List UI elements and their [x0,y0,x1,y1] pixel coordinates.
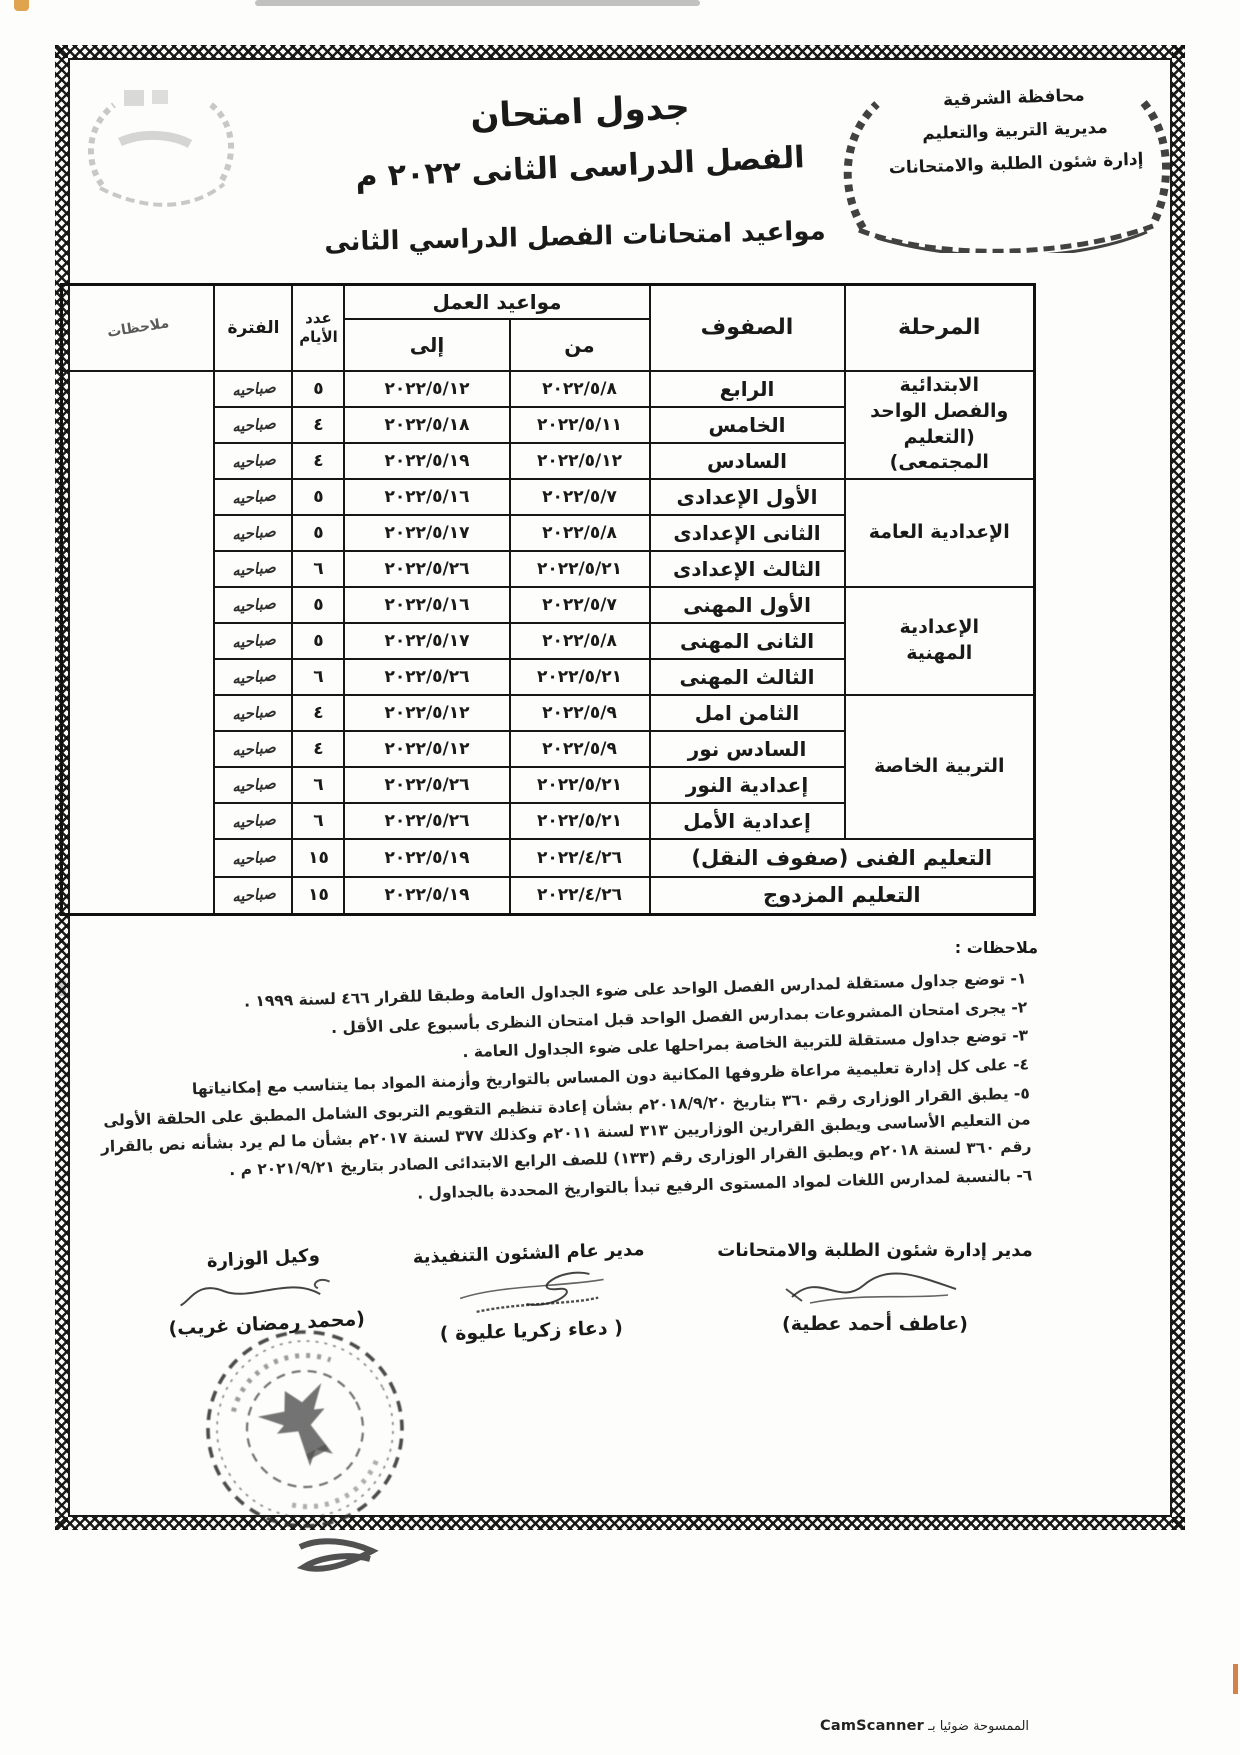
days-count-cell: ٦ [292,551,344,587]
period-cell: صباحيه [214,371,292,407]
date-from-cell: ٢٠٢٢/٥/١١ [510,407,650,443]
period-value: صباحيه [231,738,276,760]
days-count-cell: ٥ [292,587,344,623]
date-from-value: ٢٠٢٢/٤/٢٦ [537,848,622,868]
date-to-value: ٢٠٢٢/٥/١٩ [384,451,469,471]
header-notes: ملاحظات [61,285,214,371]
stage-cell: الإعدادية العامة [845,479,1035,587]
date-to-value: ٢٠٢٢/٥/١٧ [384,631,469,651]
grade-cell: الخامس [650,407,845,443]
period-cell: صباحيه [214,443,292,479]
header-period: الفترة [214,285,292,371]
period-value: صباحيه [231,884,276,906]
date-to-cell: ٢٠٢٢/٥/١٦ [344,587,509,623]
period-cell: صباحيه [214,803,292,839]
notes-column-cell [61,371,214,915]
signature-name: (عاطف أحمد عطية) [700,1313,1050,1335]
frame-border-top [55,45,1185,58]
faded-wreath-stamp-icon [72,80,252,220]
grade-cell: الأول الإعدادى [650,479,845,515]
period-value: صباحيه [231,522,276,544]
date-to-cell: ٢٠٢٢/٥/١٨ [344,407,509,443]
header-work-dates: مواعيد العمل [344,285,649,319]
period-value: صباحيه [231,810,276,832]
notes-list: ١- توضع جداول مستقلة لمدارس الفصل الواحد… [78,965,1046,1219]
date-to-cell: ٢٠٢٢/٥/١٩ [344,443,509,479]
stamp-ink-mark [290,1533,385,1581]
table-body: الابتدائية والفصل الواحد (التعليم المجتم… [61,371,1034,915]
grade-cell: السادس نور [650,731,845,767]
date-to-cell: ٢٠٢٢/٥/١٢ [344,371,509,407]
date-from-value: ٢٠٢٢/٥/٢١ [537,667,622,687]
date-from-cell: ٢٠٢٢/٥/٨ [510,623,650,659]
date-from-value: ٢٠٢٢/٥/٧ [542,595,617,615]
signature-block-general-director: مدير عام الشئون التنفيذية ( دعاء زكريا ع… [378,1238,681,1347]
header-grades: الصفوف [650,285,845,371]
scanned-by-text: الممسوحة ضوئيا بـ [928,1719,1029,1734]
exam-table-wrap: المرحلةالصفوفمواعيد العملعدد الأيامالفتر… [63,283,1036,916]
days-count-cell: ١٥ [292,839,344,877]
days-count-cell: ٦ [292,767,344,803]
scan-smudge [255,0,700,6]
notes-label: ملاحظات : [63,938,1038,957]
table-head: المرحلةالصفوفمواعيد العملعدد الأيامالفتر… [61,285,1034,371]
stage-cell: التربية الخاصة [845,695,1035,839]
camscanner-brand: CamScanner [820,1718,924,1734]
table-row: الابتدائية والفصل الواحد (التعليم المجتم… [61,371,1034,407]
date-to-value: ٢٠٢٢/٥/١٦ [384,595,469,615]
date-from-value: ٢٠٢٢/٥/١٢ [537,451,622,471]
date-from-cell: ٢٠٢٢/٥/٨ [510,371,650,407]
period-value: صباحيه [231,414,276,436]
date-to-cell: ٢٠٢٢/٥/٢٦ [344,659,509,695]
period-value: صباحيه [231,378,276,400]
frame-border-right [1172,45,1185,1530]
period-value: صباحيه [231,774,276,796]
period-cell: صباحيه [214,587,292,623]
date-from-cell: ٢٠٢٢/٥/٧ [510,587,650,623]
date-from-value: ٢٠٢٢/٤/٢٦ [537,885,622,905]
signature-scribble-icon [439,1263,621,1321]
period-value: صباحيه [231,630,276,652]
grade-cell: الثالث الإعدادى [650,551,845,587]
date-from-cell: ٢٠٢٢/٤/٢٦ [510,839,650,877]
date-from-cell: ٢٠٢٢/٥/٨ [510,515,650,551]
period-cell: صباحيه [214,659,292,695]
date-to-cell: ٢٠٢٢/٥/١٦ [344,479,509,515]
date-from-cell: ٢٠٢٢/٥/٢١ [510,659,650,695]
days-count-cell: ٤ [292,407,344,443]
header-days-count: عدد الأيام [292,285,344,371]
date-to-cell: ٢٠٢٢/٥/١٢ [344,731,509,767]
days-count-cell: ٥ [292,623,344,659]
date-from-value: ٢٠٢٢/٥/١١ [537,415,622,435]
date-from-cell: ٢٠٢٢/٥/٢١ [510,803,650,839]
days-count-cell: ٦ [292,659,344,695]
signature-title: مدير إدارة شئون الطلبة والامتحانات [700,1240,1050,1261]
date-to-value: ٢٠٢٢/٥/١٢ [384,739,469,759]
grade-cell: الثانى المهنى [650,623,845,659]
exam-table: المرحلةالصفوفمواعيد العملعدد الأيامالفتر… [60,283,1036,916]
date-to-value: ٢٠٢٢/٥/١٧ [384,523,469,543]
header-stage: المرحلة [845,285,1035,371]
date-from-value: ٢٠٢٢/٥/٢١ [537,775,622,795]
grade-cell: الثالث المهنى [650,659,845,695]
date-to-value: ٢٠٢٢/٥/١٩ [384,885,469,905]
period-value: صباحيه [231,486,276,508]
period-value: صباحيه [231,847,276,869]
date-to-value: ٢٠٢٢/٥/١٢ [384,703,469,723]
grade-cell: الثامن امل [650,695,845,731]
date-to-value: ٢٠٢٢/٥/١٦ [384,487,469,507]
official-eagle-stamp-icon [198,1322,413,1537]
date-from-cell: ٢٠٢٢/٥/٩ [510,731,650,767]
grade-cell: إعدادية الأمل [650,803,845,839]
date-to-cell: ٢٠٢٢/٥/١٧ [344,515,509,551]
date-to-cell: ٢٠٢٢/٥/٢٦ [344,803,509,839]
date-to-value: ٢٠٢٢/٥/٢٦ [384,811,469,831]
period-value: صباحيه [231,594,276,616]
camscanner-watermark: الممسوحة ضوئيا بـ CamScanner [820,1718,1060,1734]
days-count-cell: ٤ [292,443,344,479]
period-cell: صباحيه [214,407,292,443]
date-to-cell: ٢٠٢٢/٥/١٩ [344,877,509,915]
period-cell: صباحيه [214,731,292,767]
date-to-value: ٢٠٢٢/٥/٢٦ [384,775,469,795]
header-from: من [510,319,650,371]
date-from-value: ٢٠٢٢/٥/٨ [542,523,617,543]
date-from-value: ٢٠٢٢/٥/٩ [542,703,617,723]
scan-orange-mark-right [1233,1664,1238,1694]
date-to-cell: ٢٠٢٢/٥/٢٦ [344,551,509,587]
period-cell: صباحيه [214,479,292,515]
full-row-label-cell: التعليم الفنى (صفوف النقل) [650,839,1035,877]
date-from-value: ٢٠٢٢/٥/٩ [542,739,617,759]
period-cell: صباحيه [214,515,292,551]
date-to-cell: ٢٠٢٢/٥/٢٦ [344,767,509,803]
grade-cell: إعدادية النور [650,767,845,803]
period-cell: صباحيه [214,623,292,659]
date-from-cell: ٢٠٢٢/٥/١٢ [510,443,650,479]
period-cell: صباحيه [214,877,292,915]
period-cell: صباحيه [214,695,292,731]
date-to-value: ٢٠٢٢/٥/٢٦ [384,559,469,579]
grade-cell: الرابع [650,371,845,407]
period-value: صباحيه [231,558,276,580]
date-from-cell: ٢٠٢٢/٥/٢١ [510,551,650,587]
date-to-value: ٢٠٢٢/٥/٢٦ [384,667,469,687]
signature-block-exams-director: مدير إدارة شئون الطلبة والامتحانات (عاطف… [700,1240,1050,1335]
signature-scribble-icon [780,1263,970,1311]
header-to: إلى [344,319,509,371]
date-to-cell: ٢٠٢٢/٥/١٧ [344,623,509,659]
full-row-label-cell: التعليم المزدوج [650,877,1035,915]
date-from-value: ٢٠٢٢/٥/٨ [542,379,617,399]
grade-cell: الأول المهنى [650,587,845,623]
period-value: صباحيه [231,450,276,472]
period-cell: صباحيه [214,839,292,877]
days-count-cell: ٤ [292,731,344,767]
days-count-cell: ١٥ [292,877,344,915]
period-cell: صباحيه [214,767,292,803]
scanned-document-page: محافظة الشرقية مديرية التربية والتعليم إ… [0,0,1240,1755]
date-to-cell: ٢٠٢٢/٥/١٢ [344,695,509,731]
stage-cell: الإعدادية المهنية [845,587,1035,695]
date-from-value: ٢٠٢٢/٥/٨ [542,631,617,651]
grade-cell: الثانى الإعدادى [650,515,845,551]
grade-cell: السادس [650,443,845,479]
stage-cell: الابتدائية والفصل الواحد (التعليم المجتم… [845,371,1035,479]
date-to-value: ٢٠٢٢/٥/١٨ [384,415,469,435]
days-count-cell: ٥ [292,515,344,551]
date-from-cell: ٢٠٢٢/٥/٩ [510,695,650,731]
date-from-value: ٢٠٢٢/٥/٢١ [537,559,622,579]
days-count-cell: ٦ [292,803,344,839]
period-value: صباحيه [231,666,276,688]
date-from-value: ٢٠٢٢/٥/٧ [542,487,617,507]
date-to-cell: ٢٠٢٢/٥/١٩ [344,839,509,877]
date-from-value: ٢٠٢٢/٥/٢١ [537,811,622,831]
date-to-value: ٢٠٢٢/٥/١٩ [384,848,469,868]
period-cell: صباحيه [214,551,292,587]
scan-orange-mark-top [14,0,29,11]
date-from-cell: ٢٠٢٢/٥/٢١ [510,767,650,803]
date-to-value: ٢٠٢٢/٥/١٢ [384,379,469,399]
period-value: صباحيه [231,702,276,724]
date-from-cell: ٢٠٢٢/٤/٢٦ [510,877,650,915]
days-count-cell: ٥ [292,371,344,407]
signature-scribble-icon [169,1266,361,1316]
header-notes-label: ملاحظات [106,315,170,341]
organization-block: محافظة الشرقية مديرية التربية والتعليم إ… [863,77,1166,187]
days-count-cell: ٥ [292,479,344,515]
days-count-cell: ٤ [292,695,344,731]
date-from-cell: ٢٠٢٢/٥/٧ [510,479,650,515]
